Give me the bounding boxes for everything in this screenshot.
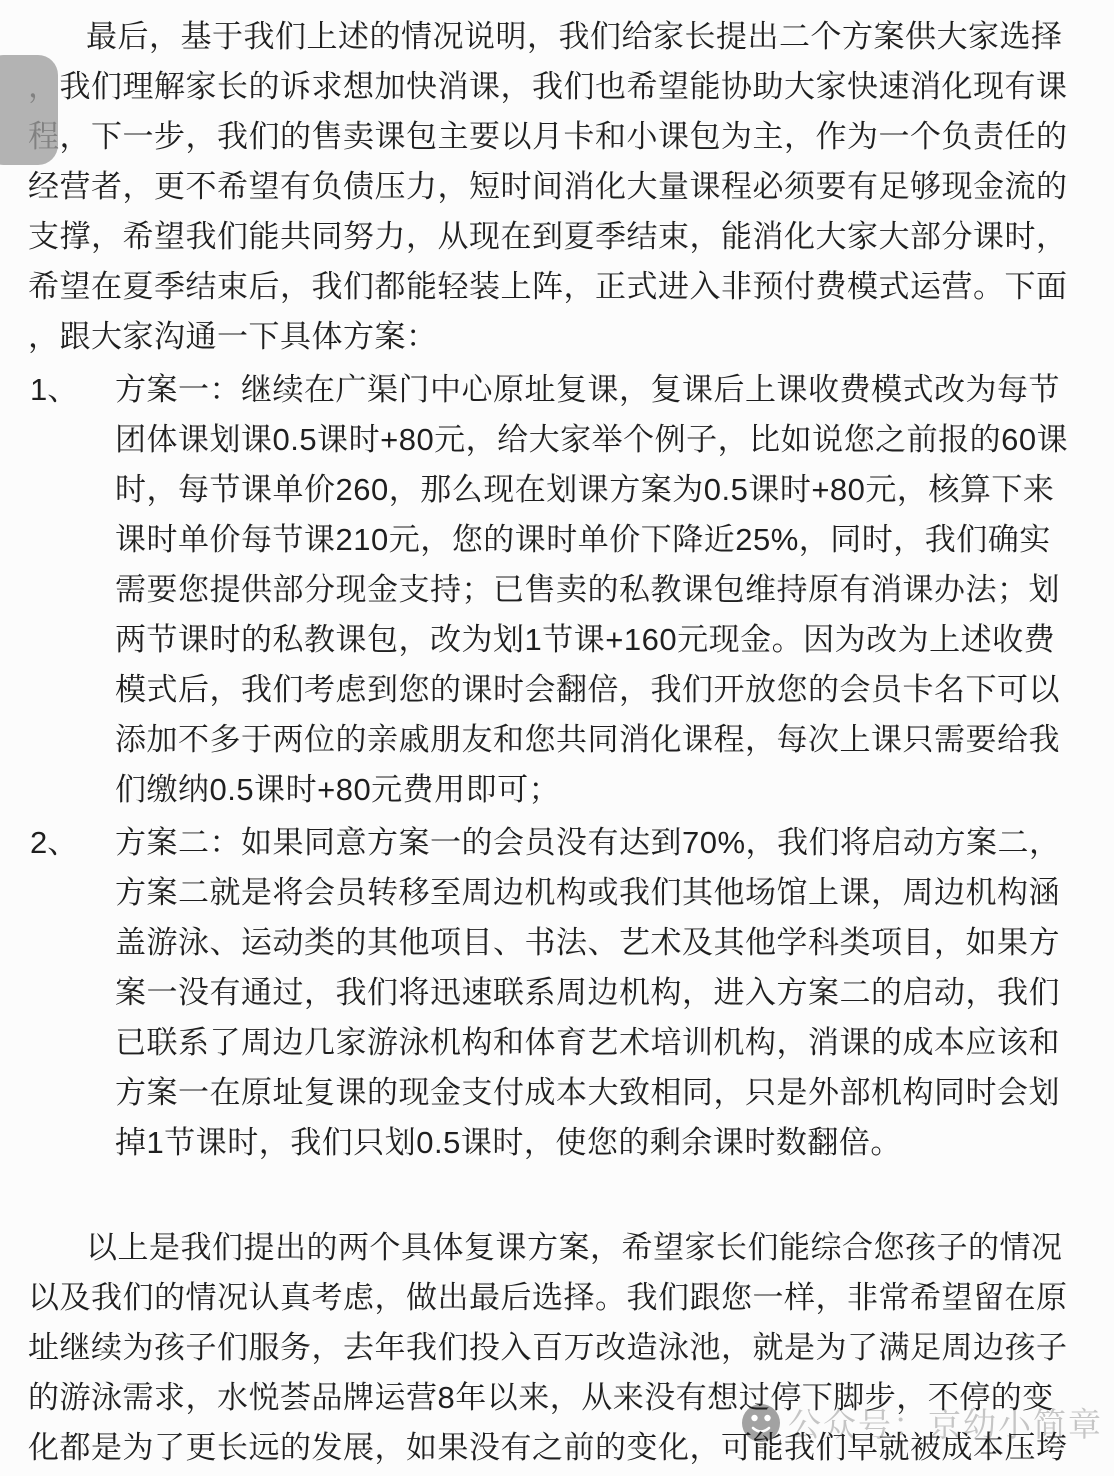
text-line: 最后，基于我们上述的情况说明，我们给家长提出二个方案供大家选择: [28, 12, 1092, 62]
text-line: 盖游泳、运动类的其他项目、书法、艺术及其他学科类项目，如果方: [115, 918, 1092, 968]
text-line: 经营者，更不希望有负债压力，短时间消化大量课程必须要有足够现金流的: [28, 162, 1092, 212]
text-line: 课时单价每节课210元，您的课时单价下降近25%，同时，我们确实: [115, 515, 1092, 565]
document-content: 最后，基于我们上述的情况说明，我们给家长提出二个方案供大家选择 ，我们理解家长的…: [0, 0, 1114, 1473]
text-line: 添加不多于两位的亲戚朋友和您共同消化课程，每次上课只需要给我: [115, 715, 1092, 765]
paragraph-intro: 最后，基于我们上述的情况说明，我们给家长提出二个方案供大家选择 ，我们理解家长的…: [28, 12, 1092, 362]
floating-handle-overlay[interactable]: [0, 55, 58, 165]
paragraph-closing: 以上是我们提出的两个具体复课方案，希望家长们能综合您孩子的情况 以及我们的情况认…: [28, 1223, 1092, 1473]
text-line: ，跟大家沟通一下具体方案：: [28, 312, 1092, 362]
text-line: 支撑，希望我们能共同努力，从现在到夏季结束，能消化大家大部分课时，: [28, 212, 1092, 262]
text-line: 以上是我们提出的两个具体复课方案，希望家长们能综合您孩子的情况: [28, 1223, 1092, 1273]
text-line: 方案一：继续在广渠门中心原址复课，复课后上课收费模式改为每节: [115, 365, 1092, 415]
text-line: 时，每节课单价260，那么现在划课方案为0.5课时+80元，核算下来: [115, 465, 1092, 515]
text-line: 模式后，我们考虑到您的课时会翻倍，我们开放您的会员卡名下可以: [115, 665, 1092, 715]
text-line: 案一没有通过，我们将迅速联系周边机构，进入方案二的启动，我们: [115, 968, 1092, 1018]
text-line: 两节课时的私教课包，改为划1节课+160元现金。因为改为上述收费: [115, 615, 1092, 665]
text-line: 希望在夏季结束后，我们都能轻装上阵，正式进入非预付费模式运营。下面: [28, 262, 1092, 312]
list-number: 2、: [30, 818, 78, 868]
text-line: ，我们理解家长的诉求想加快消课，我们也希望能协助大家快速消化现有课: [28, 62, 1092, 112]
text-line: 方案二：如果同意方案一的会员没有达到70%，我们将启动方案二，: [115, 818, 1092, 868]
text-line: 已联系了周边几家游泳机构和体育艺术培训机构，消课的成本应该和: [115, 1018, 1092, 1068]
text-line: 以及我们的情况认真考虑，做出最后选择。我们跟您一样，非常希望留在原: [28, 1273, 1092, 1323]
text-line: 们缴纳0.5课时+80元费用即可；: [115, 765, 1092, 815]
text-line: 需要您提供部分现金支持；已售卖的私教课包维持原有消课办法；划: [115, 565, 1092, 615]
list-item-plan-2: 2、 方案二：如果同意方案一的会员没有达到70%，我们将启动方案二， 方案二就是…: [28, 818, 1092, 1168]
text-line: 化都是为了更长远的发展，如果没有之前的变化，可能我们早就被成本压垮: [28, 1423, 1092, 1473]
text-line: 方案二就是将会员转移至周边机构或我们其他场馆上课，周边机构涵: [115, 868, 1092, 918]
text-line: 的游泳需求，水悦荟品牌运营8年以来，从来没有想过停下脚步，不停的变: [28, 1373, 1092, 1423]
list-number: 1、: [30, 365, 78, 415]
text-line: 掉1节课时，我们只划0.5课时，使您的剩余课时数翻倍。: [115, 1118, 1092, 1168]
list-item-plan-1: 1、 方案一：继续在广渠门中心原址复课，复课后上课收费模式改为每节 团体课划课0…: [28, 365, 1092, 815]
text-line: 方案一在原址复课的现金支付成本大致相同，只是外部机构同时会划: [115, 1068, 1092, 1118]
text-line: 址继续为孩子们服务，去年我们投入百万改造泳池，就是为了满足周边孩子: [28, 1323, 1092, 1373]
text-line: 团体课划课0.5课时+80元，给大家举个例子，比如说您之前报的60课: [115, 415, 1092, 465]
text-line: 程，下一步，我们的售卖课包主要以月卡和小课包为主，作为一个负责任的: [28, 112, 1092, 162]
